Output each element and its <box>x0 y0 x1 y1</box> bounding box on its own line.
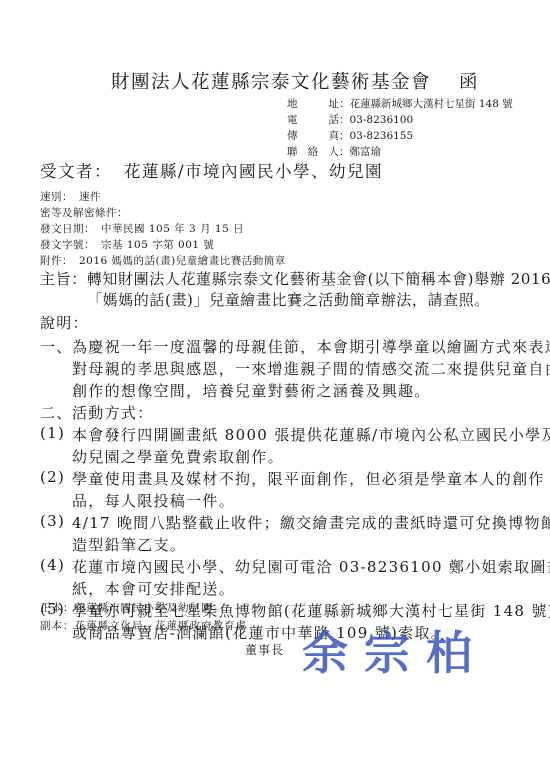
subject-label: 主旨： <box>40 270 87 288</box>
letterhead-title: 財團法人花蓮縣宗泰文化藝術基金會函 <box>0 68 550 94</box>
stamp-char: 宗 <box>364 617 410 683</box>
distribution-copy: 副本：花蓮縣文化局、花蓮縣政府教育處 <box>40 618 247 633</box>
contact-value: 花蓮縣新城鄉大漢村七星街 148 號 <box>350 98 513 110</box>
signature-stamp: 余 宗 柏 <box>302 615 472 685</box>
contact-value: 03-8236100 <box>350 114 414 126</box>
meta-date: 發文日期：中華民國 105 年 3 月 15 日 <box>40 221 244 236</box>
contact-fax: 傳 真：03-8236155 <box>287 128 413 144</box>
distribution-original: 正本：花蓮縣市國民小學及幼兒園 <box>40 600 213 615</box>
contact-label: 傳 真 <box>287 128 339 144</box>
meta-classification: 密等及解密條件： <box>40 205 134 220</box>
meta-value: 2016 媽媽的話(畫)兒童繪畫比賽活動簡章 <box>79 255 286 267</box>
stamp-char: 余 <box>302 617 348 683</box>
item-marker: (3) <box>40 512 65 530</box>
section-text: 活動方式： <box>72 402 154 423</box>
subject-line-2: 「媽媽的話(畫)」兒童繪畫比賽之活動簡章辦法，請查照。 <box>87 289 490 310</box>
meta-label: 速別： <box>40 191 73 203</box>
section-marker: 二、 <box>40 402 73 423</box>
meta-label: 附件： <box>40 255 73 267</box>
distribution-label: 副本： <box>40 620 75 632</box>
item-text: 幼兒園之學童免費索取創作。 <box>72 446 284 467</box>
item-text: 品，每人限投稿一件。 <box>72 490 235 511</box>
recipient-value: 花蓮縣/市境內國民小學、幼兒園 <box>124 162 383 181</box>
contact-phone: 電 話：03-8236100 <box>287 112 413 128</box>
meta-label: 密等及解密條件： <box>40 207 128 219</box>
meta-value: 速件 <box>79 191 101 203</box>
meta-value: 宗基 105 字第 001 號 <box>101 239 214 251</box>
meta-value: 中華民國 105 年 3 月 15 日 <box>101 223 244 235</box>
distribution-value: 花蓮縣文化局、花蓮縣政府教育處 <box>75 620 248 632</box>
item-text: 學童使用畫具及媒材不拘，限平面創作，但必須是學童本人的創作 <box>72 468 545 489</box>
item-text: 本會發行四開圖畫紙 8000 張提供花蓮縣/市境內公私立國民小學及 <box>72 424 550 445</box>
recipient-line: 受文者：花蓮縣/市境內國民小學、幼兒園 <box>40 158 383 182</box>
meta-speed: 速別：速件 <box>40 189 101 204</box>
section-marker: 一、 <box>40 336 73 357</box>
item-marker: (2) <box>40 468 65 486</box>
contact-label: 地 址 <box>287 96 339 112</box>
item-text: 花蓮市境內國民小學、幼兒園可電洽 03-8236100 鄭小姐索取圖畫 <box>72 556 550 577</box>
meta-label: 發文日期： <box>40 223 95 235</box>
organization-name: 財團法人花蓮縣宗泰文化藝術基金會 <box>111 72 431 93</box>
meta-doc-number: 發文字號：宗基 105 字第 001 號 <box>40 237 214 252</box>
contact-value: 鄭富瑜 <box>350 146 382 158</box>
section-text: 對母親的孝思與感恩，一來增進親子間的情感交流二來提供兒童自由 <box>72 358 550 379</box>
section-text: 為慶祝一年一度溫馨的母親佳節，本會期引導學童以繪圖方式來表達 <box>72 336 550 357</box>
subject-line-1: 主旨：轉知財團法人花蓮縣宗泰文化藝術基金會(以下簡稱本會)舉辦 2016 <box>40 268 550 289</box>
signer-title: 董事長 <box>245 641 284 658</box>
section-text: 創作的想像空間，培養兒童對藝術之涵養及興趣。 <box>72 380 431 401</box>
contact-label: 電 話 <box>287 112 339 128</box>
item-marker: (4) <box>40 556 65 574</box>
stamp-char: 柏 <box>426 617 472 683</box>
contact-value: 03-8236155 <box>350 130 414 142</box>
recipient-label: 受文者： <box>40 162 112 181</box>
subject-text: 轉知財團法人花蓮縣宗泰文化藝術基金會(以下簡稱本會)舉辦 2016 <box>87 270 550 288</box>
item-marker: (1) <box>40 424 65 442</box>
item-text: 造型鉛筆乙支。 <box>72 534 186 555</box>
meta-attachment: 附件：2016 媽媽的話(畫)兒童繪畫比賽活動簡章 <box>40 253 286 268</box>
distribution-value: 花蓮縣市國民小學及幼兒園 <box>75 602 213 614</box>
distribution-label: 正本： <box>40 602 75 614</box>
document-type: 函 <box>459 72 479 93</box>
item-text: 4/17 晚間八點整截止收件；繳交繪畫完成的畫紙時還可兌換博物館 <box>72 512 550 533</box>
item-text: 紙，本會可安排配送。 <box>72 578 235 599</box>
explanation-heading: 說明： <box>40 312 89 333</box>
meta-label: 發文字號： <box>40 239 95 251</box>
contact-address: 地 址：花蓮縣新城鄉大漢村七星街 148 號 <box>287 96 513 112</box>
